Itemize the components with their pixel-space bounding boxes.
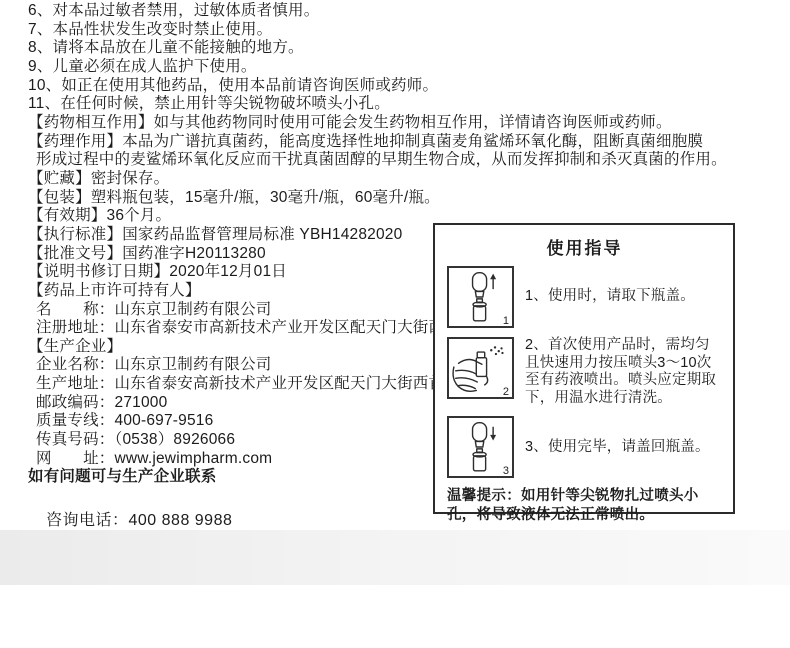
text-line: 8、请将本品放在儿童不能接触的地方。 (28, 39, 786, 58)
text-line: 形成过程中的麦鲨烯环氧化反应而干扰真菌固醇的早期生物合成，从而发挥抑制和杀灭真菌… (28, 151, 786, 170)
text-line: 7、本品性状发生改变时禁止使用。 (28, 21, 786, 40)
text-line: 6、对本品过敏者禁用，过敏体质者慎用。 (28, 2, 786, 21)
text-line: 9、儿童必须在成人监护下使用。 (28, 58, 786, 77)
figure-number: 2 (503, 386, 509, 398)
usage-guide-title: 使用指导 (447, 234, 722, 259)
text-line: 【包装】塑料瓶包装，15毫升/瓶，30毫升/瓶，60毫升/瓶。 (28, 189, 786, 208)
figure-number: 3 (503, 465, 509, 477)
figure-number: 1 (503, 315, 509, 327)
step-row-2: 2 2、首次使用产品时，需均匀且快速用力按压喷头3～10次至有药液喷出。喷头应定… (447, 337, 722, 407)
text-line: 【药理作用】本品为广谱抗真菌药，能高度选择性地抑制真菌麦角鲨烯环氧化酶，阻断真菌… (28, 133, 786, 152)
text-line: 11、在任何时候，禁止用针等尖锐物破坏喷头小孔。 (28, 95, 786, 114)
step-text: 2、首次使用产品时，需均匀且快速用力按压喷头3～10次至有药液喷出。喷头应定期取… (525, 337, 722, 407)
usage-tip: 温馨提示：如用针等尖锐物扎过喷头小孔，将导致液体无法正常喷出。 (447, 487, 722, 524)
step-row-3: 3 3、使用完毕，请盖回瓶盖。 (447, 416, 722, 478)
text-line: 10、如正在使用其他药品，使用本品前请咨询医师或药师。 (28, 77, 786, 96)
usage-guide-box: 使用指导 1 1、使用时，请取下瓶盖。 (433, 223, 735, 514)
step-figure-2: 2 (447, 337, 514, 399)
step-figure-1: 1 (447, 266, 514, 328)
bottom-band (0, 530, 790, 585)
phone-line: 咨询电话：400 888 9988 (46, 507, 232, 530)
text-line: 【药物相互作用】如与其他药物同时使用可能会发生药物相互作用，详情请咨询医师或药师… (28, 114, 786, 133)
step-figure-3: 3 (447, 416, 514, 478)
text-line: 【贮藏】密封保存。 (28, 170, 786, 189)
package-insert-page: 6、对本品过敏者禁用，过敏体质者慎用。7、本品性状发生改变时禁止使用。8、请将本… (0, 0, 790, 648)
step-row-1: 1 1、使用时，请取下瓶盖。 (447, 266, 722, 328)
step-text: 3、使用完毕，请盖回瓶盖。 (525, 439, 710, 457)
step-text: 1、使用时，请取下瓶盖。 (525, 288, 695, 306)
